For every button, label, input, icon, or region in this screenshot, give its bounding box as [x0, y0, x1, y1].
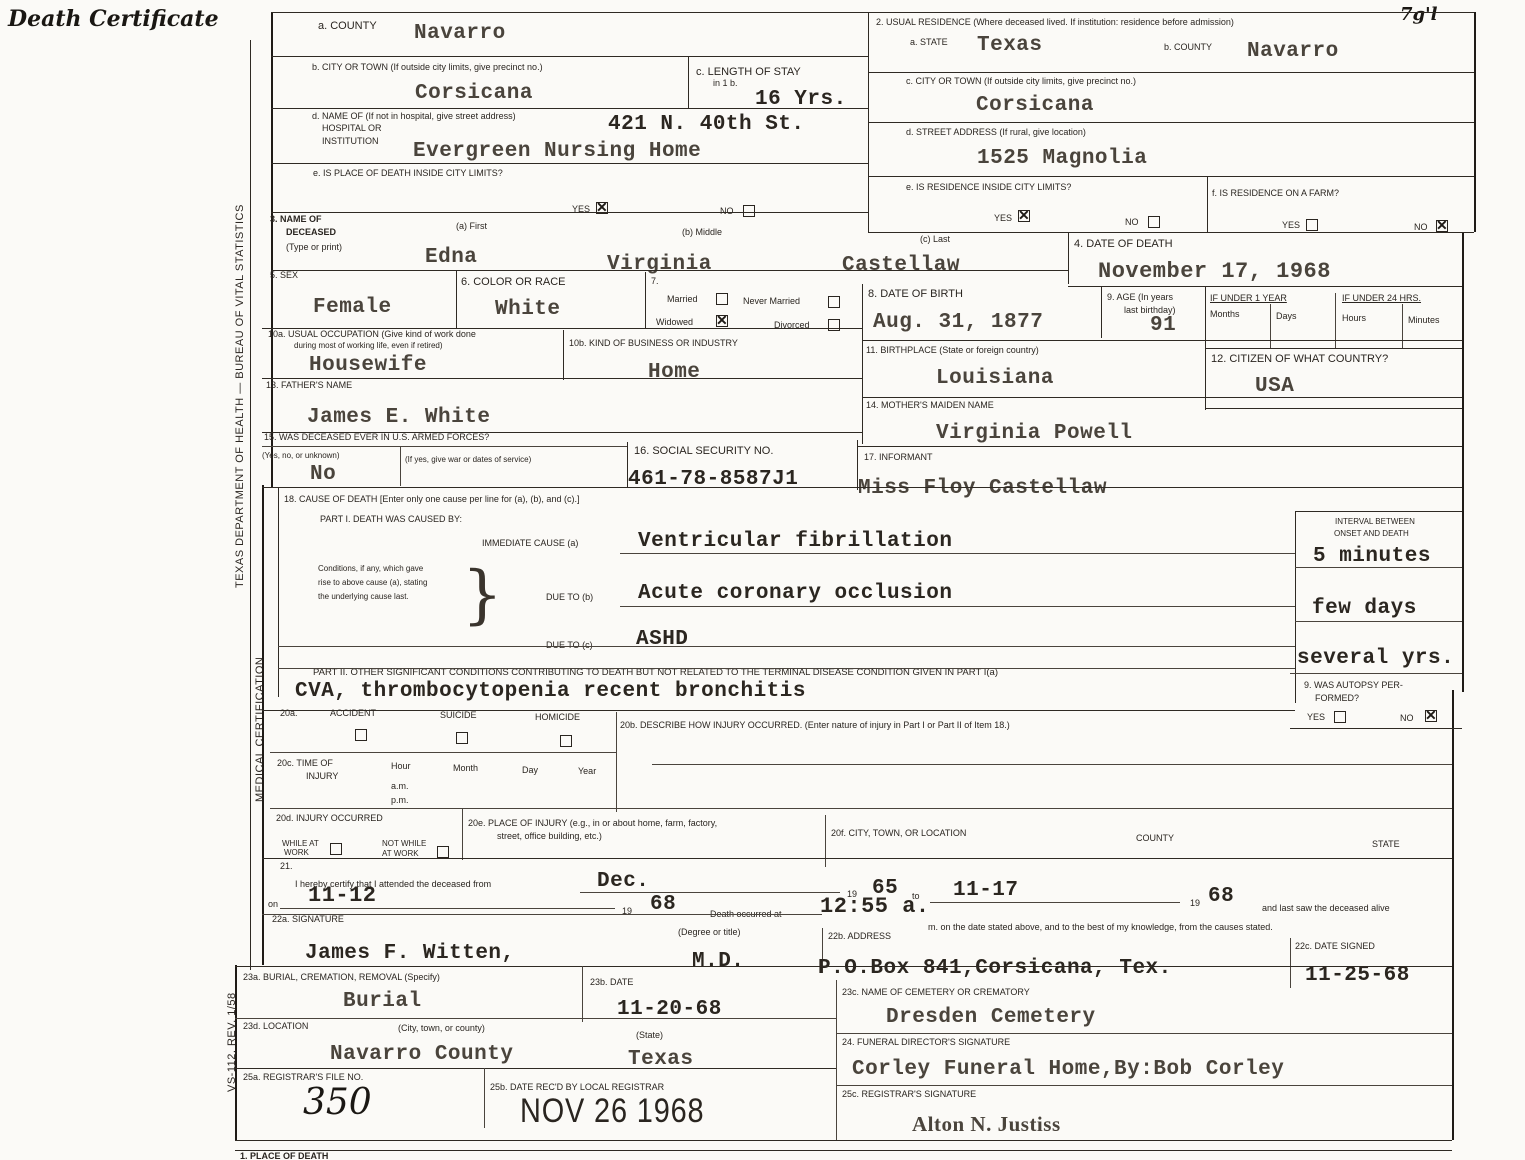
injury-row-top	[262, 710, 1295, 711]
residence-label: 2. USUAL RESIDENCE (Where deceased lived…	[876, 17, 1234, 27]
accident-checkbox[interactable]	[355, 729, 367, 741]
first-name-value: Edna	[425, 246, 477, 270]
degree-value: M.D.	[692, 950, 744, 974]
on-label: on	[268, 899, 278, 909]
autopsy-no-label: NO	[1400, 713, 1414, 723]
location-sub-label: (City, town, or county)	[398, 1023, 485, 1033]
immediate-line	[620, 553, 1295, 554]
birthplace-value: Louisiana	[936, 367, 1054, 391]
res-state-value: Texas	[977, 34, 1043, 58]
state-sub-label: (State)	[636, 1030, 663, 1040]
mother-value: Virginia Powell	[936, 422, 1133, 446]
occupation-value: Housewife	[309, 354, 427, 378]
race-divider	[456, 270, 457, 328]
father-value: James E. White	[307, 406, 490, 430]
date-signed-value: 11-25-68	[1305, 964, 1410, 988]
marital-never-checkbox[interactable]	[828, 296, 840, 308]
due-b-value: Acute coronary occlusion	[638, 582, 952, 606]
place-label-2: street, office building, etc.)	[497, 831, 602, 841]
to-date-value: 11-17	[953, 879, 1019, 903]
autopsy-label-2: FORMED?	[1315, 693, 1359, 703]
res-inside-label: e. IS RESIDENCE INSIDE CITY LIMITS?	[906, 182, 1071, 192]
date-signed-label: 22c. DATE SIGNED	[1295, 941, 1375, 951]
cause-left-inner	[278, 487, 279, 697]
armed-label: 15. WAS DECEASED EVER IN U.S. ARMED FORC…	[264, 432, 489, 442]
burial-row-top	[235, 966, 1452, 967]
hospital-label-3: INSTITUTION	[322, 136, 379, 146]
stay-divider	[688, 56, 689, 108]
sex-row-top	[271, 270, 1068, 271]
farm-divider	[1207, 176, 1208, 232]
mother-label: 14. MOTHER'S MAIDEN NAME	[866, 400, 994, 410]
not-while-label-1: NOT WHILE	[382, 839, 426, 848]
prefix-19-b: 19	[1190, 898, 1200, 908]
citizen-row-top	[1205, 348, 1462, 349]
signature-value: James F. Witten,	[305, 942, 515, 966]
form-left-border-lower	[262, 485, 264, 965]
funeral-row-top	[836, 1033, 1452, 1034]
hours-label: Hours	[1342, 313, 1366, 323]
res-street-label: d. STREET ADDRESS (If rural, give locati…	[906, 127, 1086, 137]
stated-text: m. on the date stated above, and to the …	[928, 922, 1273, 932]
file-label: 25a. REGISTRAR'S FILE NO.	[243, 1072, 363, 1082]
citizen-value: USA	[1255, 375, 1294, 399]
injury-county-label: COUNTY	[1136, 833, 1174, 843]
form-bottom	[235, 1140, 1452, 1141]
industry-value: Home	[648, 361, 700, 385]
days-divider	[1270, 304, 1271, 348]
side-bar-med	[250, 600, 251, 970]
res-line-1	[868, 72, 1474, 73]
stay-label-2: in 1 b.	[713, 78, 738, 88]
death-county-value: Navarro	[414, 22, 506, 46]
middle-name-label: (b) Middle	[682, 227, 722, 237]
cemetery-divider	[836, 980, 837, 1140]
marital-label: 7.	[651, 276, 659, 286]
age-value: 91	[1150, 314, 1176, 338]
occurred-row-top	[270, 808, 1452, 809]
res-county-label: b. COUNTY	[1164, 42, 1212, 52]
stay-label-1: c. LENGTH OF STAY	[696, 66, 801, 78]
birthplace-label: 11. BIRTHPLACE (State or foreign country…	[866, 345, 1039, 355]
sex-row-top-r	[1068, 286, 1462, 287]
burial-date-label: 23b. DATE	[590, 977, 633, 987]
marital-widowed-checkbox[interactable]	[716, 315, 728, 327]
occurred-label: 20d. INJURY OCCURRED	[276, 813, 383, 823]
form-right-border-low	[1452, 690, 1454, 1140]
row-line-3	[271, 163, 868, 164]
sex-value: Female	[313, 296, 392, 320]
due-b-line	[620, 606, 1295, 607]
next-form-top	[235, 1150, 1452, 1151]
mother-row-top	[862, 397, 1462, 398]
reg-sig-value: Alton N. Justiss	[912, 1112, 1061, 1136]
describe-line	[652, 764, 1452, 765]
last-name-value: Castellaw	[842, 254, 960, 278]
injury-type-label: 20a.	[280, 708, 298, 718]
while-work-label-1: WHILE AT	[282, 839, 319, 848]
year-label: Year	[578, 766, 596, 776]
marital-divider	[645, 272, 646, 328]
county-label: a. COUNTY	[318, 20, 377, 32]
citizen-label: 12. CITIZEN OF WHAT COUNTRY?	[1211, 353, 1388, 365]
farm-yes-checkbox[interactable]	[1306, 219, 1318, 231]
suicide-checkbox[interactable]	[456, 732, 468, 744]
interval-top	[1295, 511, 1462, 512]
res-inside-no-checkbox[interactable]	[1148, 216, 1160, 228]
degree-label: (Degree or title)	[678, 927, 741, 937]
minutes-divider	[1402, 304, 1403, 348]
pm-label: p.m.	[391, 795, 409, 805]
burial-type-label: 23a. BURIAL, CREMATION, REMOVAL (Specify…	[243, 972, 440, 982]
last-saw-text: and last saw the deceased alive	[1262, 903, 1390, 913]
from-line	[580, 892, 840, 893]
name-label-2: DECEASED	[286, 227, 336, 237]
cert-row-top	[262, 858, 1452, 859]
received-stamp: NOV 26 1968	[520, 1092, 704, 1131]
cause-row-top	[262, 487, 1462, 488]
while-work-label-2: WORK	[284, 848, 309, 857]
injury-row-top-r	[1290, 728, 1462, 729]
injury-city-label: 20f. CITY, TOWN, OR LOCATION	[831, 828, 966, 838]
autopsy-yes-label: YES	[1307, 712, 1325, 722]
name-row-top	[271, 212, 868, 213]
armed-value: No	[310, 463, 336, 487]
part1-label: PART I. DEATH WAS CAUSED BY:	[320, 514, 462, 524]
reg-sig-label: 25c. REGISTRAR'S SIGNATURE	[842, 1089, 976, 1099]
homicide-label: HOMICIDE	[535, 712, 580, 722]
under-1-year-label: IF UNDER 1 YEAR	[1210, 293, 1287, 303]
res-county-value: Navarro	[1247, 40, 1339, 64]
conditions-note: Conditions, if any, which gave rise to a…	[318, 562, 428, 604]
age-divider	[1101, 286, 1102, 338]
last-name-label: (c) Last	[920, 234, 950, 244]
res-street-value: 1525 Magnolia	[977, 147, 1147, 171]
death-city-value: Corsicana	[415, 82, 533, 106]
dob-value: Aug. 31, 1877	[873, 311, 1043, 335]
farm-no-label: NO	[1414, 222, 1428, 232]
name-label-3: (Type or print)	[286, 242, 342, 252]
dob-divider	[862, 284, 863, 444]
time-label-1: 20c. TIME OF	[277, 758, 333, 768]
autopsy-label-1: 9. WAS AUTOPSY PER-	[1304, 680, 1403, 690]
accident-label: ACCIDENT	[330, 708, 376, 718]
funeral-value: Corley Funeral Home,By:Bob Corley	[852, 1058, 1284, 1082]
injury-state-label: STATE	[1372, 839, 1400, 849]
address-value: P.O.Box 841,Corsicana, Tex.	[818, 957, 1172, 981]
res-inside-no-label: NO	[1125, 217, 1139, 227]
father-row-top	[262, 378, 862, 379]
interval-line-a	[1295, 567, 1462, 568]
funeral-label: 24. FUNERAL DIRECTOR'S SIGNATURE	[842, 1037, 1010, 1047]
autopsy-top	[1290, 673, 1462, 674]
name-label-1: 3. NAME OF	[270, 214, 322, 224]
inside-limits-label: e. IS PLACE OF DEATH INSIDE CITY LIMITS?	[313, 168, 503, 178]
res-city-label: c. CITY OR TOWN (If outside city limits,…	[906, 76, 1136, 86]
file-no-value: 350	[303, 1082, 372, 1123]
inside-limits-no-checkbox[interactable]	[743, 205, 755, 217]
due-c-line	[278, 646, 1295, 647]
interval-label-1: INTERVAL BETWEEN	[1335, 517, 1415, 526]
top-border	[271, 12, 1474, 13]
dod-label: 4. DATE OF DEATH	[1074, 238, 1173, 250]
to-line	[930, 902, 1180, 903]
farm-no-checkbox[interactable]	[1436, 220, 1448, 232]
homicide-checkbox[interactable]	[560, 735, 572, 747]
hospital-label-2: HOSPITAL OR	[322, 123, 382, 133]
armed-sub2-label: (If yes, give war or dates of service)	[405, 455, 531, 464]
suicide-label: SUICIDE	[440, 710, 477, 720]
burial-type-value: Burial	[343, 990, 422, 1014]
not-while-checkbox[interactable]	[437, 846, 449, 858]
hour-label: Hour	[391, 761, 411, 771]
corner-note: 7g'l	[1400, 4, 1437, 25]
hospital-label-1: d. NAME OF (If not in hospital, give str…	[312, 111, 516, 121]
injury-city-divider	[825, 815, 826, 867]
due-c-value: ASHD	[636, 628, 688, 652]
age-label-1: 9. AGE (In years	[1107, 292, 1173, 302]
inside-limits-no-label: NO	[720, 206, 734, 216]
not-while-label-2: AT WORK	[382, 849, 419, 858]
cemetery-label: 23c. NAME OF CEMETERY OR CREMATORY	[842, 987, 1030, 997]
part2-label: PART II. OTHER SIGNIFICANT CONDITIONS CO…	[313, 668, 998, 678]
part2-line	[278, 668, 1295, 669]
death-time-value: 12:55 a.	[820, 895, 930, 919]
handwritten-title: Death Certificate	[8, 6, 219, 32]
received-label: 25b. DATE REC'D BY LOCAL REGISTRAR	[490, 1082, 664, 1092]
months-label: Months	[1210, 309, 1240, 319]
form-outer-left	[235, 965, 237, 1140]
marital-never-label: Never Married	[743, 296, 800, 306]
res-line-3	[868, 176, 1474, 177]
armed-sub-divider	[400, 446, 401, 486]
middle-name-value: Virginia	[607, 253, 712, 277]
dob-label: 8. DATE OF BIRTH	[868, 288, 963, 300]
industry-divider	[563, 330, 564, 380]
informant-value: Miss Floy Castellaw	[858, 477, 1107, 501]
ssn-label: 16. SOCIAL SECURITY NO.	[634, 445, 773, 457]
race-label: 6. COLOR OR RACE	[461, 276, 566, 288]
hospital-address-value: 421 N. 40th St.	[608, 113, 805, 137]
autopsy-no-checkbox[interactable]	[1425, 710, 1437, 722]
while-work-checkbox[interactable]	[330, 843, 342, 855]
res-inside-yes-label: YES	[994, 213, 1012, 223]
marital-married-label: Married	[667, 294, 698, 304]
signature-label: 22a. SIGNATURE	[272, 914, 344, 924]
occupation-label-2: during most of working life, even if ret…	[294, 341, 443, 350]
name-row-top-r	[868, 232, 1474, 233]
occupation-label-1: 10a. USUAL OCCUPATION (Give kind of work…	[268, 329, 476, 339]
under-24-label: IF UNDER 24 HRS.	[1342, 293, 1421, 303]
date-signed-divider	[1290, 938, 1291, 988]
immediate-label: IMMEDIATE CAUSE (a)	[482, 538, 578, 548]
res-line-2	[868, 122, 1474, 123]
hospital-value: Evergreen Nursing Home	[413, 140, 701, 164]
on-line	[280, 908, 615, 909]
citizen-row-bottom	[1205, 408, 1462, 409]
race-value: White	[495, 298, 561, 322]
row-line-2	[271, 108, 868, 109]
interval-b-value: few days	[1312, 597, 1417, 621]
dod-value: November 17, 1968	[1098, 260, 1331, 284]
marital-married-checkbox[interactable]	[716, 293, 728, 305]
day-label: Day	[522, 765, 538, 775]
on-date-value: 11-12	[308, 884, 377, 908]
ssn-value: 461-78-8587J1	[628, 468, 798, 492]
due-c-label: DUE TO (c)	[546, 640, 593, 650]
dod-divider	[1068, 232, 1069, 284]
burial-date-divider	[582, 966, 583, 1022]
cause-label: 18. CAUSE OF DEATH [Enter only one cause…	[284, 494, 579, 504]
describe-divider	[616, 712, 617, 812]
signature-row-top	[262, 914, 822, 915]
interval-line-b	[1295, 621, 1462, 622]
informant-label: 17. INFORMANT	[864, 452, 933, 462]
interval-a-value: 5 minutes	[1313, 545, 1431, 569]
location-value: Navarro County	[330, 1043, 513, 1067]
res-inside-yes-checkbox[interactable]	[1018, 210, 1030, 222]
res-state-label: a. STATE	[910, 37, 948, 47]
minutes-label: Minutes	[1408, 315, 1440, 325]
month-label: Month	[453, 763, 478, 773]
side-bar	[250, 40, 251, 600]
side-medical-label: MEDICAL CERTIFICATION	[254, 657, 266, 802]
marital-widowed-label: Widowed	[656, 317, 693, 327]
cert-num: 21.	[280, 861, 293, 871]
row-line-1	[271, 56, 868, 57]
farm-label: f. IS RESIDENCE ON A FARM?	[1212, 188, 1339, 198]
am-label: a.m.	[391, 781, 409, 791]
autopsy-yes-checkbox[interactable]	[1334, 711, 1346, 723]
birthplace-row-top	[862, 340, 1462, 341]
side-agency-label: TEXAS DEPARTMENT OF HEALTH — BUREAU OF V…	[234, 204, 246, 588]
location-label: 23d. LOCATION	[243, 1021, 308, 1031]
form-right-border-mid	[1462, 232, 1464, 692]
armed-sub1-label: (Yes, no, or unknown)	[262, 451, 340, 460]
address-label: 22b. ADDRESS	[828, 931, 891, 941]
marital-divorced-checkbox[interactable]	[828, 319, 840, 331]
next-form-label: 1. PLACE OF DEATH	[240, 1151, 328, 1160]
form-left-border	[271, 12, 273, 487]
place-label-1: 20e. PLACE OF INJURY (e.g., in or about …	[468, 818, 717, 828]
brace-icon: }	[462, 565, 503, 625]
city-label: b. CITY OR TOWN (If outside city limits,…	[312, 62, 543, 72]
reg-sig-row-top	[836, 1085, 1452, 1086]
sex-label: 5. SEX	[270, 270, 298, 280]
father-label: 13. FATHER'S NAME	[266, 380, 352, 390]
informant-row-top	[857, 446, 1462, 447]
to-year-value: 68	[1208, 885, 1234, 909]
cemetery-value: Dresden Cemetery	[886, 1006, 1096, 1030]
interval-divider	[1295, 511, 1296, 703]
time-row-top	[270, 752, 616, 753]
part2-value: CVA, thrombocytopenia recent bronchitis	[295, 680, 806, 704]
immediate-value: Ventricular fibrillation	[638, 530, 952, 554]
describe-label: 20b. DESCRIBE HOW INJURY OCCURRED. (Ente…	[620, 720, 1010, 730]
interval-c-value: several yrs.	[1297, 647, 1454, 671]
received-divider	[484, 1068, 485, 1128]
industry-label: 10b. KIND OF BUSINESS OR INDUSTRY	[569, 338, 738, 348]
armed-sub-line	[262, 446, 627, 447]
form-right-border	[1474, 12, 1476, 232]
first-name-label: (a) First	[456, 221, 487, 231]
farm-yes-label: YES	[1282, 220, 1300, 230]
days-label: Days	[1276, 311, 1297, 321]
location-row-top	[235, 1018, 836, 1019]
interval-label-2: ONSET AND DEATH	[1334, 529, 1409, 538]
time-label-2: INJURY	[306, 771, 338, 781]
place-divider	[462, 808, 463, 860]
from-month-value: Dec.	[597, 870, 649, 894]
due-b-label: DUE TO (b)	[546, 592, 593, 602]
registrar-row-top	[235, 1068, 836, 1069]
res-city-value: Corsicana	[976, 94, 1094, 118]
